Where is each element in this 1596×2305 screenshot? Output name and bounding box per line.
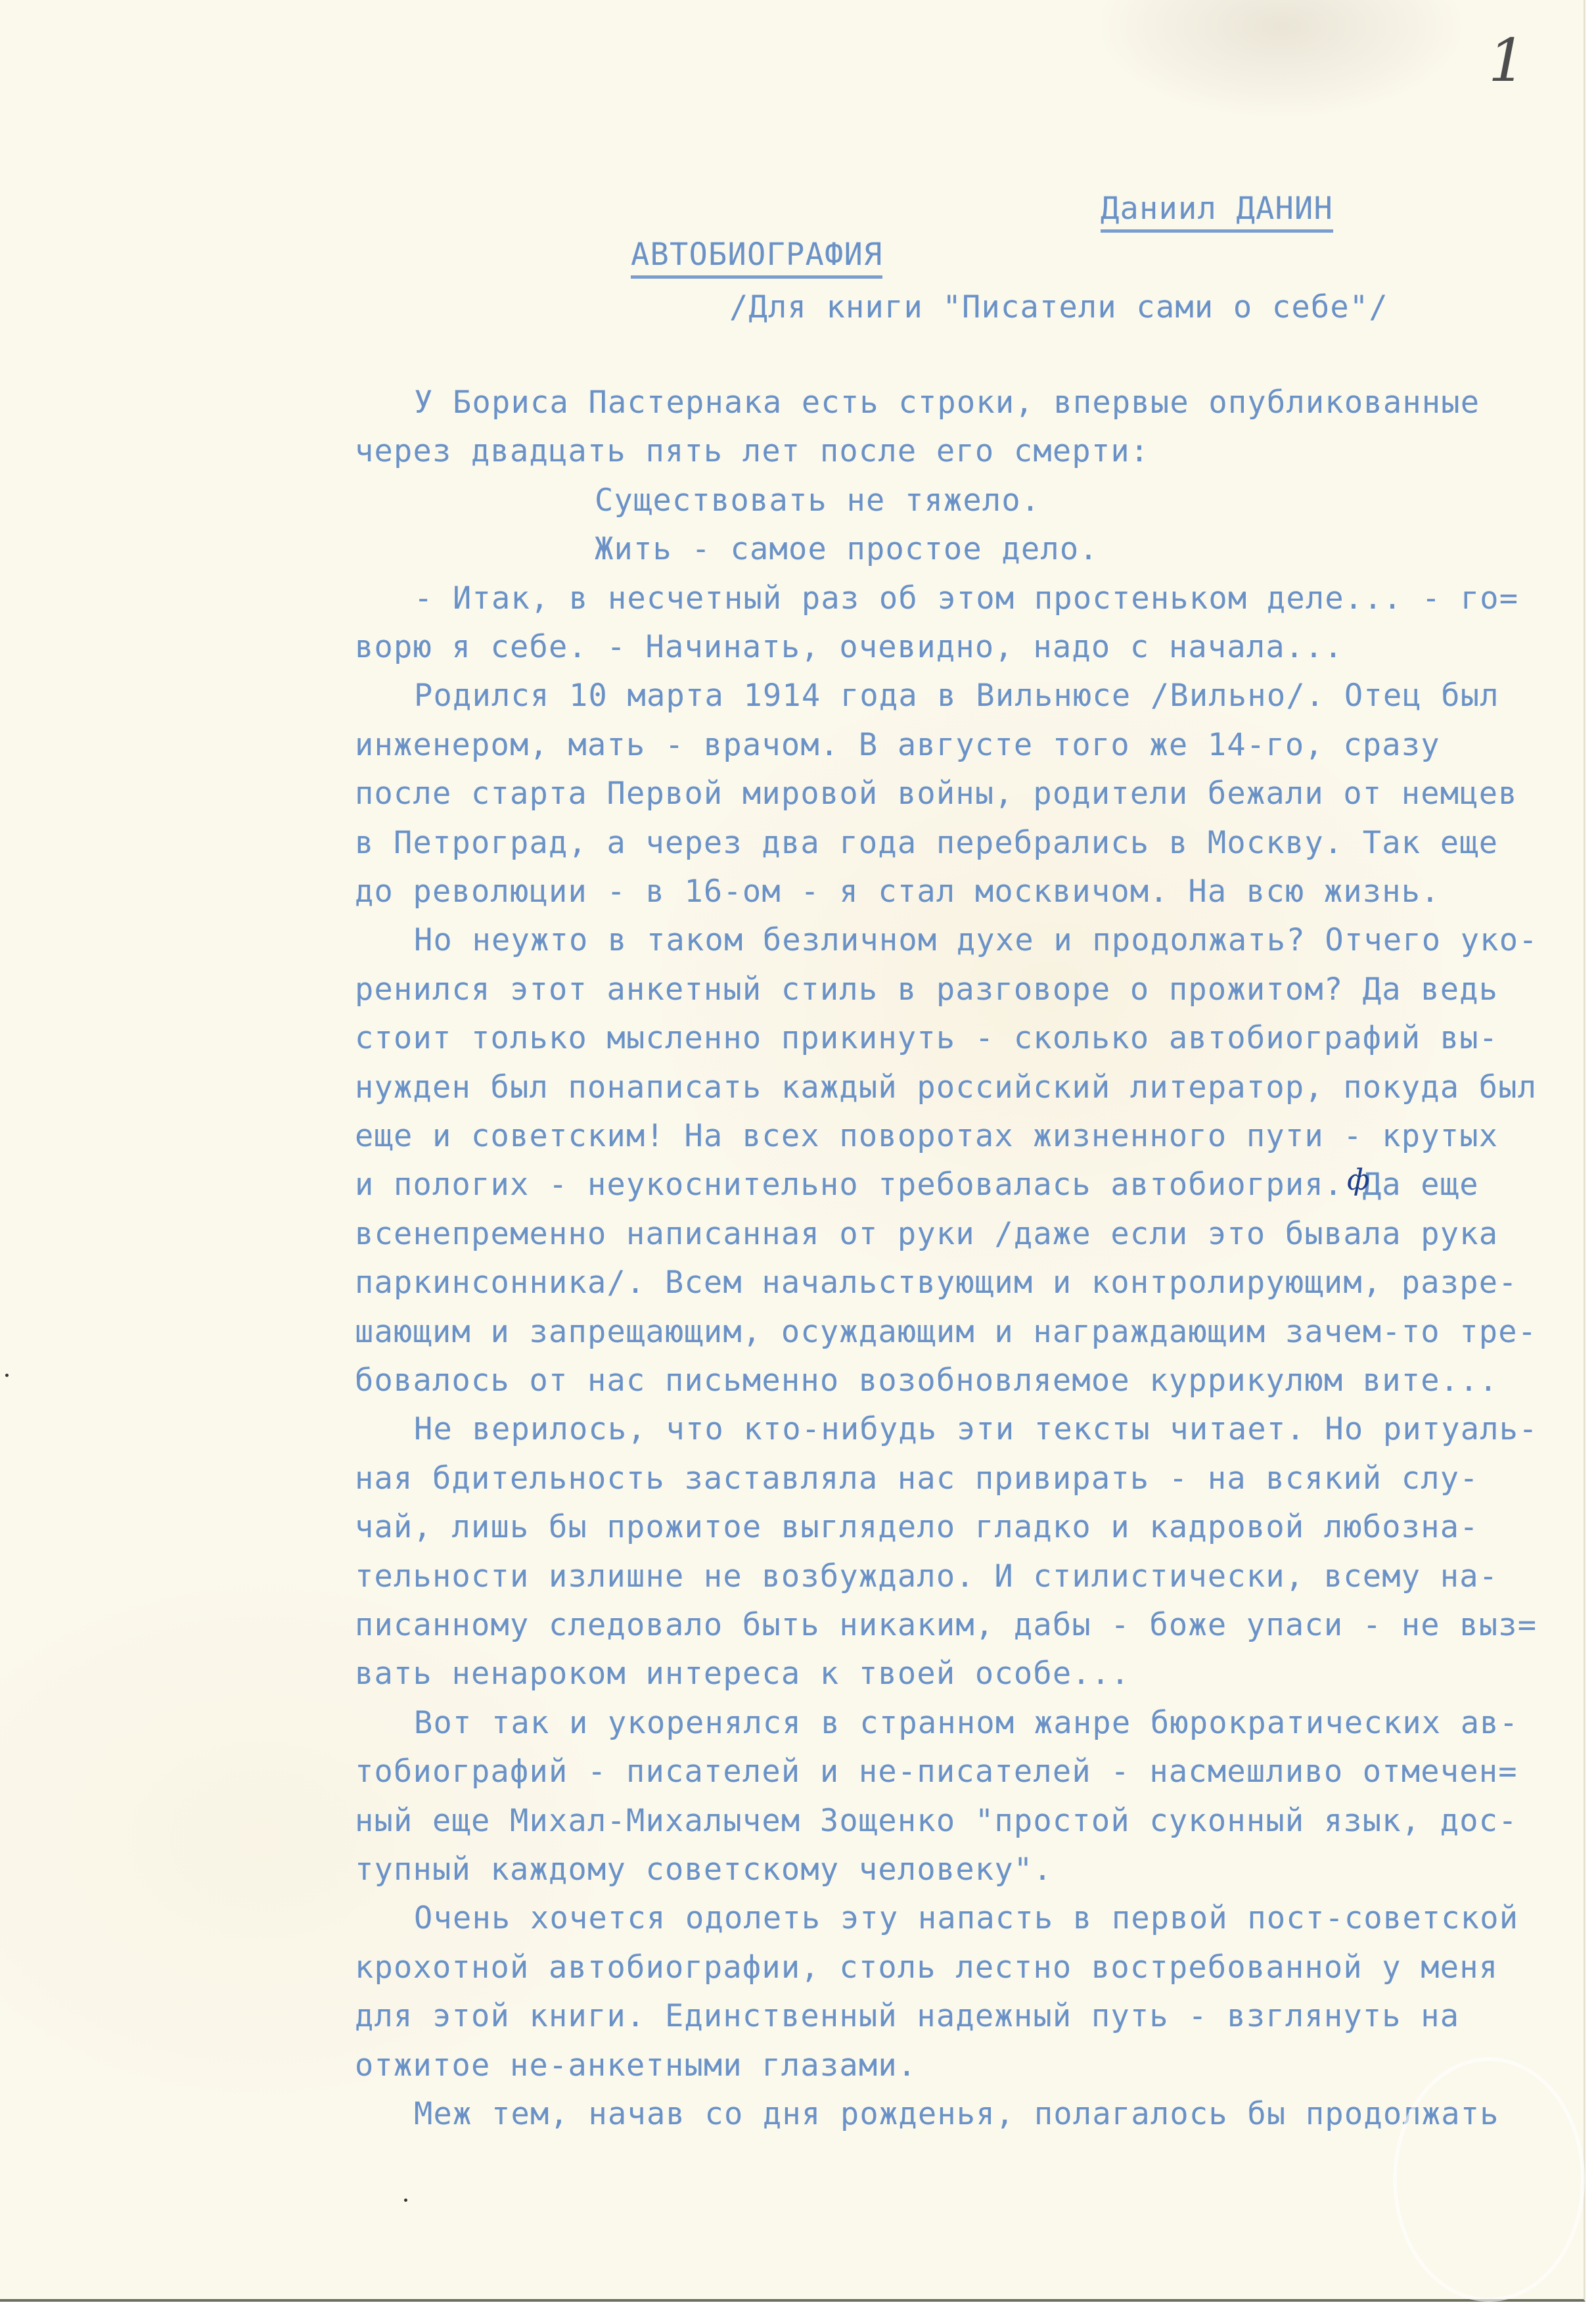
text-line: Не верилось, что кто-нибудь эти тексты ч… bbox=[355, 1411, 1538, 1447]
text-line: инженером, мать - врачом. В августе того… bbox=[355, 727, 1440, 763]
text-line: тобиографий - писателей и не-писателей -… bbox=[355, 1754, 1518, 1790]
text-line: чай, лишь бы прожитое выглядело гладко и… bbox=[355, 1509, 1479, 1545]
margin-speck bbox=[404, 2199, 407, 2202]
text-line: - Итак, в несчетный раз об этом простень… bbox=[355, 580, 1518, 617]
text-line: всенепременно написанная от руки /даже е… bbox=[355, 1216, 1498, 1252]
text-line: ный еще Михал-Михалычем Зощенко "простой… bbox=[355, 1803, 1518, 1839]
text-line: Жить - самое простое дело. bbox=[355, 531, 1099, 567]
text-line: ворю я себе. - Начинать, очевидно, надо … bbox=[355, 629, 1343, 665]
text-line: ренился этот анкетный стиль в разговоре … bbox=[355, 971, 1498, 1008]
text-line: тельности излишне не возбуждало. И стили… bbox=[355, 1558, 1498, 1595]
text-line: через двадцать пять лет после его смерти… bbox=[355, 433, 1149, 469]
text-line: ная бдительность заставляла нас привират… bbox=[355, 1460, 1479, 1497]
text-line: еще и советским! На всех поворотах жизне… bbox=[355, 1118, 1498, 1154]
text-line: до революции - в 16-ом - я стал москвичо… bbox=[355, 873, 1440, 910]
text-line: и пологих - неукоснительно требовалась а… bbox=[355, 1167, 1479, 1203]
margin-speck bbox=[5, 1374, 9, 1377]
text-line: писанному следовало быть никаким, дабы -… bbox=[355, 1607, 1537, 1643]
text-line: паркинсонника/. Всем начальствующим и ко… bbox=[355, 1265, 1518, 1301]
text-line: тупный каждому советскому человеку". bbox=[355, 1851, 1053, 1888]
text-line: Очень хочется одолеть эту напасть в перв… bbox=[355, 1900, 1518, 1936]
text-line: стоит только мысленно прикинуть - скольк… bbox=[355, 1020, 1498, 1056]
author-name: Даниил ДАНИН bbox=[1101, 191, 1333, 233]
text-line: для этой книги. Единственный надежный пу… bbox=[355, 1998, 1459, 2034]
text-line: крохотной автобиографии, столь лестно во… bbox=[355, 1949, 1498, 1986]
text-line: в Петроград, а через два года перебралис… bbox=[355, 825, 1498, 861]
text-line: Вот так и укоренялся в странном жанре бю… bbox=[355, 1705, 1518, 1741]
paper-watermark bbox=[1393, 2057, 1585, 2302]
text-line: Но неужто в таком безличном духе и продо… bbox=[355, 922, 1538, 958]
document-page: 1 Даниил ДАНИН АВТОБИОГРАФИЯ /Для книги … bbox=[0, 0, 1585, 2302]
text-line: Существовать не тяжело. bbox=[355, 482, 1040, 519]
text-line: после старта Первой мировой войны, родит… bbox=[355, 776, 1518, 812]
text-line: Меж тем, начав со дня рожденья, полагало… bbox=[355, 2096, 1499, 2132]
handwritten-correction: ф bbox=[1347, 1163, 1369, 1197]
text-line: У Бориса Пастернака есть строки, впервые… bbox=[355, 384, 1480, 421]
text-line: Родился 10 марта 1914 года в Вильнюсе /В… bbox=[355, 678, 1499, 714]
document-title: АВТОБИОГРАФИЯ bbox=[631, 237, 882, 279]
text-line: шающим и запрещающим, осуждающим и награ… bbox=[355, 1314, 1537, 1350]
text-line: вать ненароком интереса к твоей особе... bbox=[355, 1656, 1130, 1692]
page-number: 1 bbox=[1488, 26, 1526, 95]
text-line: бовалось от нас письменно возобновляемое… bbox=[355, 1362, 1498, 1399]
document-subtitle: /Для книги "Писатели сами о себе"/ bbox=[729, 289, 1388, 325]
text-line: отжитое не-анкетными глазами. bbox=[355, 2047, 917, 2084]
text-line: нужден был понаписать каждый российский … bbox=[355, 1069, 1537, 1106]
